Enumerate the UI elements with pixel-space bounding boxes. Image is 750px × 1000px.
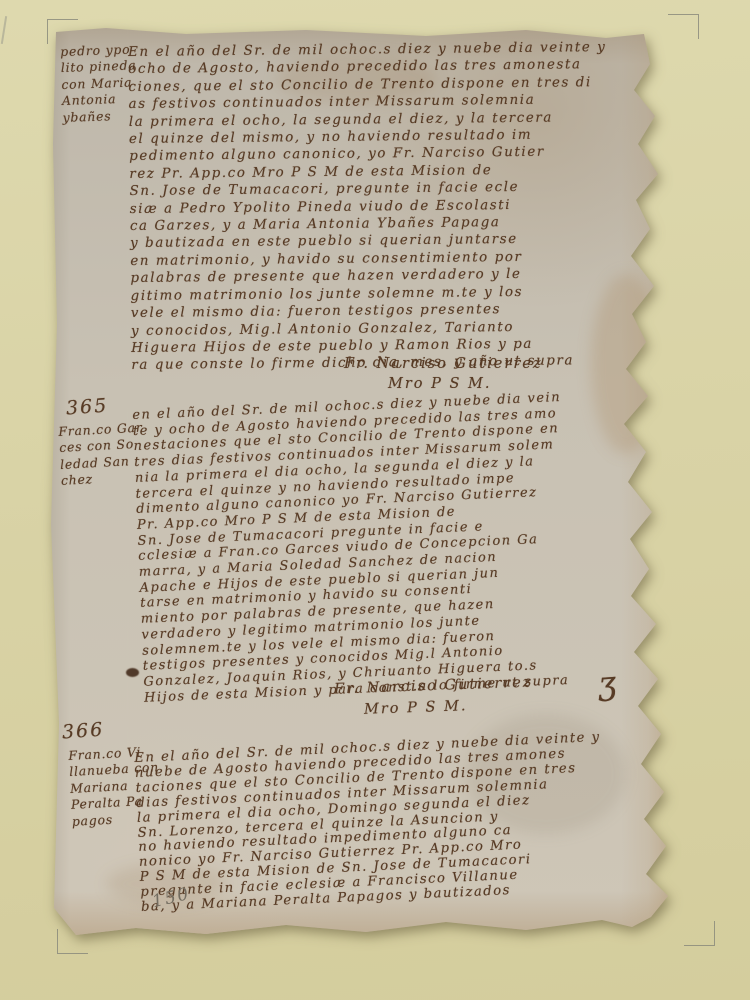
margin-note-line: chez bbox=[61, 469, 142, 490]
record-entry-1: En el año del Sr. de mil ochoc.s diez y … bbox=[128, 39, 610, 375]
signature-title-entry-2: Mro P S M. bbox=[364, 698, 468, 718]
signature-flourish: ʒ bbox=[597, 663, 618, 702]
ink-blot bbox=[126, 668, 139, 677]
entry-number-366: 366 bbox=[61, 719, 105, 744]
crop-mark-bottom-right-icon bbox=[684, 921, 715, 946]
margin-note-entry-2: Fran.co Garces con Soledad Sanchez bbox=[58, 420, 141, 490]
record-entry-2: en el año del Sr. de mil ochoc.s diez y … bbox=[132, 390, 573, 706]
photograph-mount: pedro ypolito pinedacon MariaAntoniaybañ… bbox=[0, 0, 750, 1000]
signature-title-entry-1: Mro P S M. bbox=[388, 376, 491, 392]
signature-entry-1: Fr. Narciso Gutierrez bbox=[344, 356, 542, 372]
entry-number-365: 365 bbox=[65, 395, 109, 420]
manuscript-page: pedro ypolito pinedacon MariaAntoniaybañ… bbox=[46, 24, 676, 939]
paper-sheet: pedro ypolito pinedacon MariaAntoniaybañ… bbox=[46, 24, 676, 939]
stray-pencil-mark bbox=[1, 16, 7, 44]
record-entry-3: En el año del Sr. de mil ochoc.s diez y … bbox=[134, 731, 608, 916]
